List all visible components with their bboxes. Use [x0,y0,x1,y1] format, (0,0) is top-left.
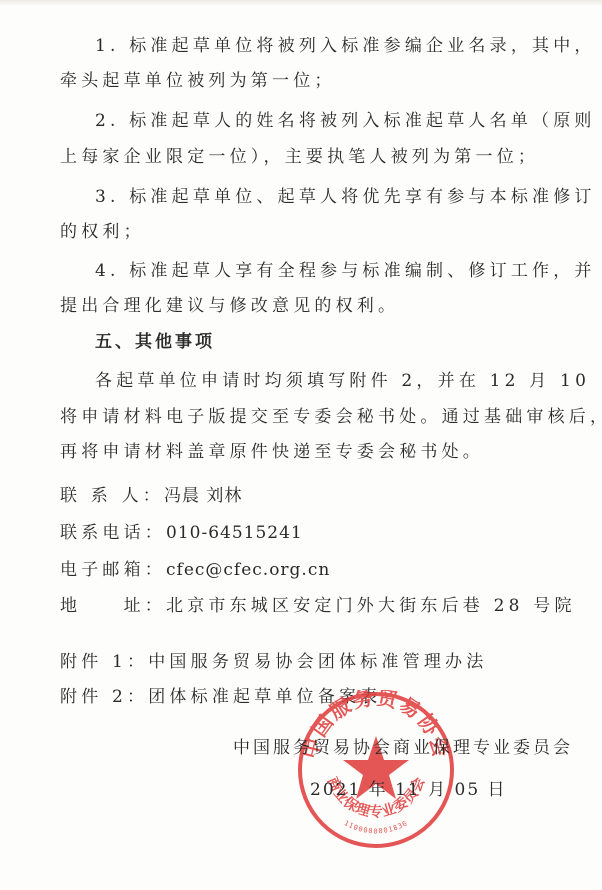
right-2-line-2: 上每家企业限定一位），主要执笔人被列为第一位； [60,146,539,168]
page-edge [0,0,602,6]
contact-address-label: 地 址： [60,596,166,616]
svg-text:1100000001836: 1100000001836 [343,819,410,835]
contact-person: 联 系 人：冯晨 刘林 [60,485,242,507]
contact-email: 电子邮箱：cfec@cfec.org.cn [60,559,330,581]
right-4-line-1: 4. 标准起草人享有全程参与标准编制、修订工作，并 [95,260,596,282]
right-4-line-2: 提出合理化建议与修改意见的权利。 [60,295,399,317]
contact-email-label: 电子邮箱： [60,560,166,580]
attachment-1: 附件 1：中国服务贸易协会团体标准管理办法 [60,651,487,673]
contact-email-value[interactable]: cfec@cfec.org.cn [166,560,330,580]
signature-org: 中国服务贸易协会商业保理专业委员会 [233,737,573,759]
contact-person-label: 联 系 人： [60,486,164,506]
right-1-line-1: 1. 标准起草单位将被列入标准参编企业名录，其中， [95,35,596,57]
section5-para-line-2: 将申请材料电子版提交至专委会秘书处。通过基础审核后， [60,406,602,428]
official-seal-icon: 中国服务贸易协会 商业保理专业委员会 1100000001836 [296,690,456,850]
contact-phone-value: 010-64515241 [166,523,303,543]
right-1-line-2: 牵头起草单位被列为第一位； [60,70,336,92]
contact-address-value: 北京市东城区安定门外大街东后巷 28 号院 [166,596,576,616]
contact-person-value: 冯晨 刘林 [164,486,242,506]
contact-address: 地 址：北京市东城区安定门外大街东后巷 28 号院 [60,595,576,617]
contact-phone-label: 联系电话： [60,523,166,543]
section5-para-line-3: 再将申请材料盖章原件快递至专委会秘书处。 [60,441,484,463]
signature-date: 2021 年 11 月 05 日 [310,779,507,801]
section-heading: 五、其他事项 [95,331,215,353]
right-2-line-1: 2. 标准起草人的姓名将被列入标准起草人名单（原则 [95,110,596,132]
document-page: 1. 标准起草单位将被列入标准参编企业名录，其中， 牵头起草单位被列为第一位； … [0,0,602,890]
contact-phone: 联系电话：010-64515241 [60,522,303,544]
right-3-line-2: 的权利； [60,221,145,243]
right-3-line-1: 3. 标准起草单位、起草人将优先享有参与本标准修订 [95,186,596,208]
section5-para-line-1: 各起草单位申请时均须填写附件 2，并在 12 月 10 日前 [95,370,602,392]
